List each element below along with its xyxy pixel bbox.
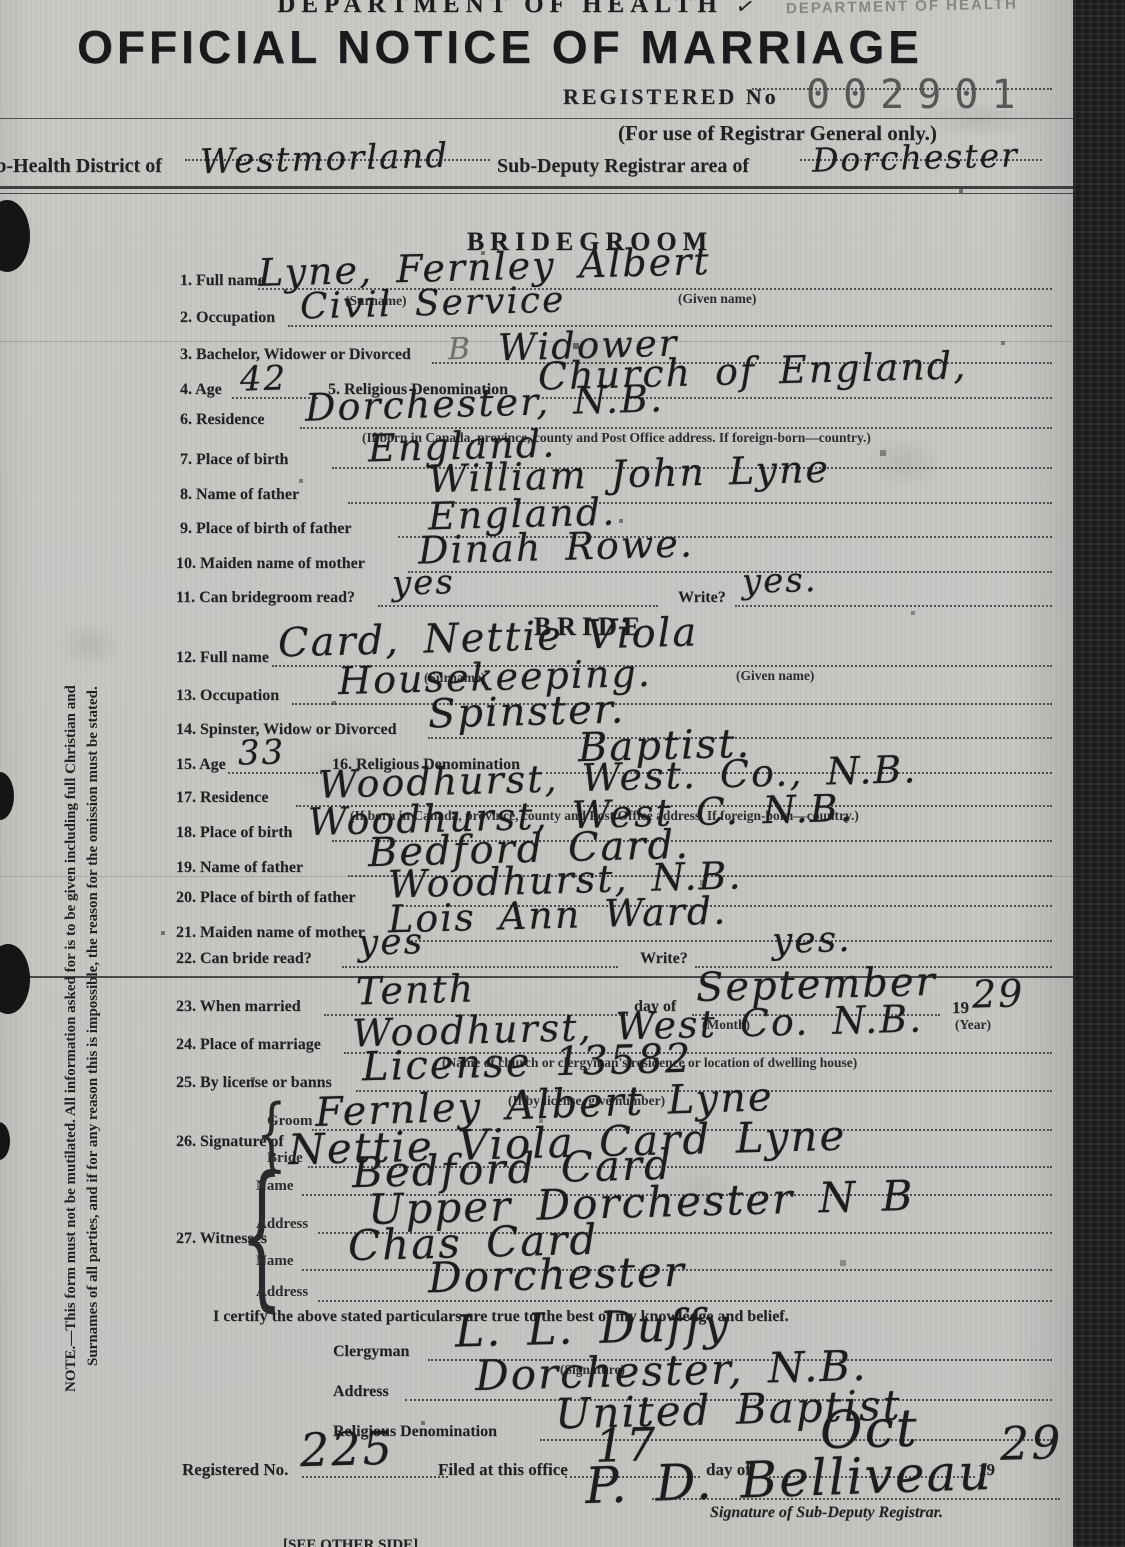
field-12-label: 12. Full name — [176, 649, 269, 667]
field-2-label: 2. Occupation — [180, 309, 275, 327]
dotted-line — [378, 605, 658, 607]
registered-no-label: REGISTERED No — [563, 84, 779, 110]
field-3-label: 3. Bachelor, Widower or Divorced — [180, 346, 411, 364]
field-4-label: 4. Age — [180, 381, 222, 399]
field-21-label: 21. Maiden name of mother — [176, 924, 365, 942]
field-20-label: 20. Place of birth of father — [176, 889, 356, 907]
district-label: Sub-Health District of — [0, 155, 162, 178]
registrar-signature-label: Signature of Sub-Deputy Registrar. — [710, 1504, 943, 1522]
area-value: Dorchester — [812, 135, 1020, 179]
dotted-line — [408, 571, 1052, 573]
hole-punch — [0, 772, 14, 820]
field-11-write-label: Write? — [678, 589, 726, 607]
registered-no-stamp: 002901 — [806, 72, 1029, 118]
witness-2-address-label: Address — [256, 1284, 308, 1301]
field-6-value: Dorchester, N.B. — [304, 376, 664, 429]
dotted-line — [342, 966, 618, 968]
department-stamp: DEPARTMENT OF HEALTH — [786, 0, 1018, 17]
dotted-line — [735, 605, 1052, 607]
margin-note-line1: NOTE.—This form must not be mutilated. A… — [60, 512, 82, 1392]
field-18-label: 18. Place of birth — [176, 824, 292, 842]
filing-registered-value: 225 — [299, 1421, 394, 1477]
witness-1-address-label: Address — [256, 1216, 308, 1233]
clergyman-address-label: Address — [333, 1383, 389, 1401]
field-24-label: 24. Place of marriage — [176, 1036, 321, 1054]
field-11-write-value: yes. — [741, 560, 818, 602]
field-2-value: Civil Service — [300, 280, 566, 328]
dotted-line — [292, 703, 1052, 705]
dotted-line — [408, 940, 1052, 942]
field-23-label: 23. When married — [176, 998, 301, 1016]
field-22-write-value: yes. — [771, 919, 852, 962]
double-rule — [0, 186, 1073, 194]
field-15-label: 15. Age — [176, 756, 226, 774]
margin-note-line2: Surnames of all parties, and if for any … — [82, 512, 104, 1392]
hole-punch — [0, 944, 30, 1014]
filed-label: Filed at this office — [438, 1460, 568, 1480]
field-23-year-value: 29 — [971, 971, 1024, 1016]
field-19-label: 19. Name of father — [176, 859, 303, 877]
over-note: [SEE OTHER SIDE] — [283, 1537, 418, 1547]
witness-2-name-label: Name — [256, 1253, 294, 1270]
field-1-label: 1. Full name — [180, 272, 265, 290]
field-15-value: 33 — [237, 732, 285, 773]
year-sublabel: (Year) — [955, 1017, 991, 1033]
dotted-line — [652, 1498, 1060, 1500]
rule — [0, 118, 1073, 119]
scanned-marriage-form: DEPARTMENT OF HEALTH DEPARTMENT OF HEALT… — [0, 0, 1125, 1547]
given-name-sublabel: (Given name) — [678, 291, 756, 307]
field-10-value: Dinah Rowe. — [417, 521, 694, 572]
hole-punch — [0, 1122, 10, 1160]
year-prefix: 19 — [952, 998, 969, 1018]
field-14-label: 14. Spinster, Widow or Divorced — [176, 721, 396, 739]
field-22-value: yes — [357, 921, 424, 964]
field-23-day-value: Tenth — [355, 966, 475, 1013]
field-21-value: Lois Ann Ward. — [387, 889, 727, 942]
field-4-value: 42 — [239, 358, 287, 399]
field-22-write-label: Write? — [640, 950, 688, 968]
field-25-label: 25. By license or banns — [176, 1074, 332, 1092]
field-10-label: 10. Maiden name of mother — [176, 555, 365, 573]
clergyman-label: Clergyman — [333, 1343, 409, 1361]
field-8-label: 8. Name of father — [180, 486, 299, 504]
paper-sheet: DEPARTMENT OF HEALTH DEPARTMENT OF HEALT… — [0, 0, 1073, 1547]
field-13-label: 13. Occupation — [176, 687, 279, 705]
field-11-label: 11. Can bridegroom read? — [176, 589, 355, 607]
area-label: Sub-Deputy Registrar area of — [497, 155, 749, 178]
field-6-label: 6. Residence — [180, 411, 264, 429]
margin-note: NOTE.—This form must not be mutilated. A… — [60, 512, 104, 1392]
hole-punch — [0, 200, 30, 272]
filed-year: 29 — [999, 1415, 1063, 1471]
page-title: OFFICIAL NOTICE OF MARRIAGE — [30, 20, 970, 74]
given-name-sublabel: (Given name) — [736, 668, 814, 684]
field-9-label: 9. Place of birth of father — [180, 520, 352, 538]
field-17-label: 17. Residence — [176, 789, 268, 807]
witness-2-address: Dorchester — [427, 1247, 686, 1303]
field-22-label: 22. Can bride read? — [176, 950, 312, 968]
dust-specks — [0, 0, 2, 2]
district-value: Westmorland — [200, 136, 450, 183]
scan-border — [1073, 0, 1125, 1547]
witness-1-name-label: Name — [256, 1178, 294, 1195]
field-7-label: 7. Place of birth — [180, 451, 288, 469]
field-11-value: yes — [391, 562, 455, 604]
field-3-stray-mark: B — [448, 332, 473, 368]
filing-registered-label: Registered No. — [182, 1460, 288, 1480]
